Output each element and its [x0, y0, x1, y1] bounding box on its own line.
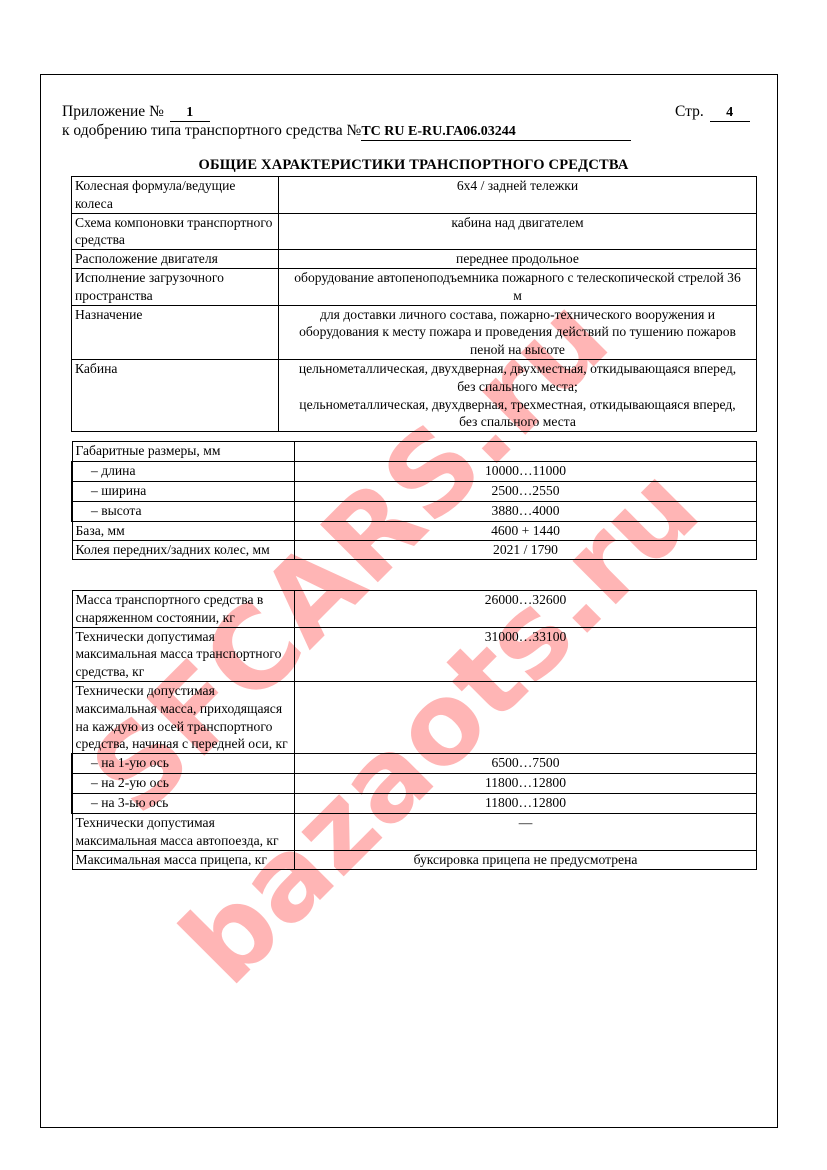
row-label: Кабина	[72, 359, 279, 431]
row-label: Технически допустимая максимальная масса…	[72, 681, 295, 753]
table-row: Колея передних/задних колес, мм 2021 / 1…	[72, 540, 757, 559]
table-row: Технически допустимая максимальная масса…	[72, 627, 757, 681]
table-row: Кабина цельнометаллическая, двухдверная,…	[72, 359, 757, 431]
row-value: 31000…33100	[295, 627, 757, 681]
row-label: Технически допустимая максимальная масса…	[72, 627, 295, 681]
page-number: 4	[710, 105, 750, 122]
table-row: Исполнение загрузочного пространства обо…	[72, 268, 757, 305]
table-row: – высота 3880…4000	[72, 502, 757, 522]
approval-number: ТС RU E-RU.ГА06.03244	[361, 124, 631, 141]
row-label: Назначение	[72, 305, 279, 359]
table-row: Габаритные размеры, мм	[72, 442, 757, 462]
dimensions-table: Габаритные размеры, мм – длина 10000…110…	[71, 441, 757, 560]
table-row: – длина 10000…11000	[72, 462, 757, 482]
row-value: переднее продольное	[279, 250, 757, 269]
appendix-number: 1	[170, 105, 210, 122]
row-label: – высота	[72, 502, 295, 522]
row-label: Габаритные размеры, мм	[72, 442, 295, 462]
row-value: 4600 + 1440	[295, 522, 757, 541]
table-row: – на 1-ую ось 6500…7500	[72, 754, 757, 774]
table-row: Максимальная масса прицепа, кг буксировк…	[72, 850, 757, 869]
row-label: Схема компоновки транспортного средства	[72, 213, 279, 250]
row-value: 11800…12800	[295, 794, 757, 814]
row-label: Расположение двигателя	[72, 250, 279, 269]
row-value: буксировка прицепа не предусмотрена	[295, 850, 757, 869]
row-label: Масса транспортного средства в снаряженн…	[72, 591, 295, 628]
table-row: Схема компоновки транспортного средства …	[72, 213, 757, 250]
row-label: – ширина	[72, 482, 295, 502]
row-value: 2021 / 1790	[295, 540, 757, 559]
appendix-label: Приложение №	[62, 103, 164, 120]
row-value: 11800…12800	[295, 774, 757, 794]
row-value: оборудование автопеноподъемника пожарног…	[279, 268, 757, 305]
row-value: —	[295, 814, 757, 851]
row-label: Исполнение загрузочного пространства	[72, 268, 279, 305]
page-number-line: Стр. 4	[675, 103, 750, 122]
table-row: База, мм 4600 + 1440	[72, 522, 757, 541]
row-value	[295, 442, 757, 462]
row-value	[295, 681, 757, 753]
approval-line: к одобрению типа транспортного средства …	[62, 122, 631, 141]
row-label: – на 1-ую ось	[72, 754, 295, 774]
page-title: ОБЩИЕ ХАРАКТЕРИСТИКИ ТРАНСПОРТНОГО СРЕДС…	[0, 157, 827, 174]
table-row: Масса транспортного средства в снаряженн…	[72, 591, 757, 628]
appendix-line: Приложение № 1	[62, 103, 210, 122]
row-label: – длина	[72, 462, 295, 482]
table-row: Технически допустимая максимальная масса…	[72, 814, 757, 851]
row-label: Максимальная масса прицепа, кг	[72, 850, 295, 869]
row-label: – на 2-ую ось	[72, 774, 295, 794]
table-row: Назначение для доставки личного состава,…	[72, 305, 757, 359]
row-label: Колесная формула/ведущие колеса	[72, 177, 279, 214]
table-row: – на 3-ью ось 11800…12800	[72, 794, 757, 814]
approval-label: к одобрению типа транспортного средства …	[62, 122, 361, 139]
page-label: Стр.	[675, 103, 704, 120]
row-value: цельнометаллическая, двухдверная, двухме…	[279, 359, 757, 431]
row-label: Колея передних/задних колес, мм	[72, 540, 295, 559]
row-value: 2500…2550	[295, 482, 757, 502]
row-value: 6х4 / задней тележки	[279, 177, 757, 214]
row-value: 6500…7500	[295, 754, 757, 774]
row-value: кабина над двигателем	[279, 213, 757, 250]
row-label: База, мм	[72, 522, 295, 541]
table-row: – на 2-ую ось 11800…12800	[72, 774, 757, 794]
row-label: – на 3-ью ось	[72, 794, 295, 814]
row-value: 26000…32600	[295, 591, 757, 628]
row-value: 10000…11000	[295, 462, 757, 482]
general-characteristics-table: Колесная формула/ведущие колеса 6х4 / за…	[71, 176, 757, 432]
row-value: для доставки личного состава, пожарно-те…	[279, 305, 757, 359]
table-row: Колесная формула/ведущие колеса 6х4 / за…	[72, 177, 757, 214]
table-row: Расположение двигателя переднее продольн…	[72, 250, 757, 269]
table-row: Технически допустимая максимальная масса…	[72, 681, 757, 753]
cabin-variant-2: цельнометаллическая, двухдверная, трехме…	[293, 396, 742, 432]
row-label: Технически допустимая максимальная масса…	[72, 814, 295, 851]
mass-table: Масса транспортного средства в снаряженн…	[71, 590, 757, 870]
table-row: – ширина 2500…2550	[72, 482, 757, 502]
row-value: 3880…4000	[295, 502, 757, 522]
cabin-variant-1: цельнометаллическая, двухдверная, двухме…	[293, 360, 742, 396]
